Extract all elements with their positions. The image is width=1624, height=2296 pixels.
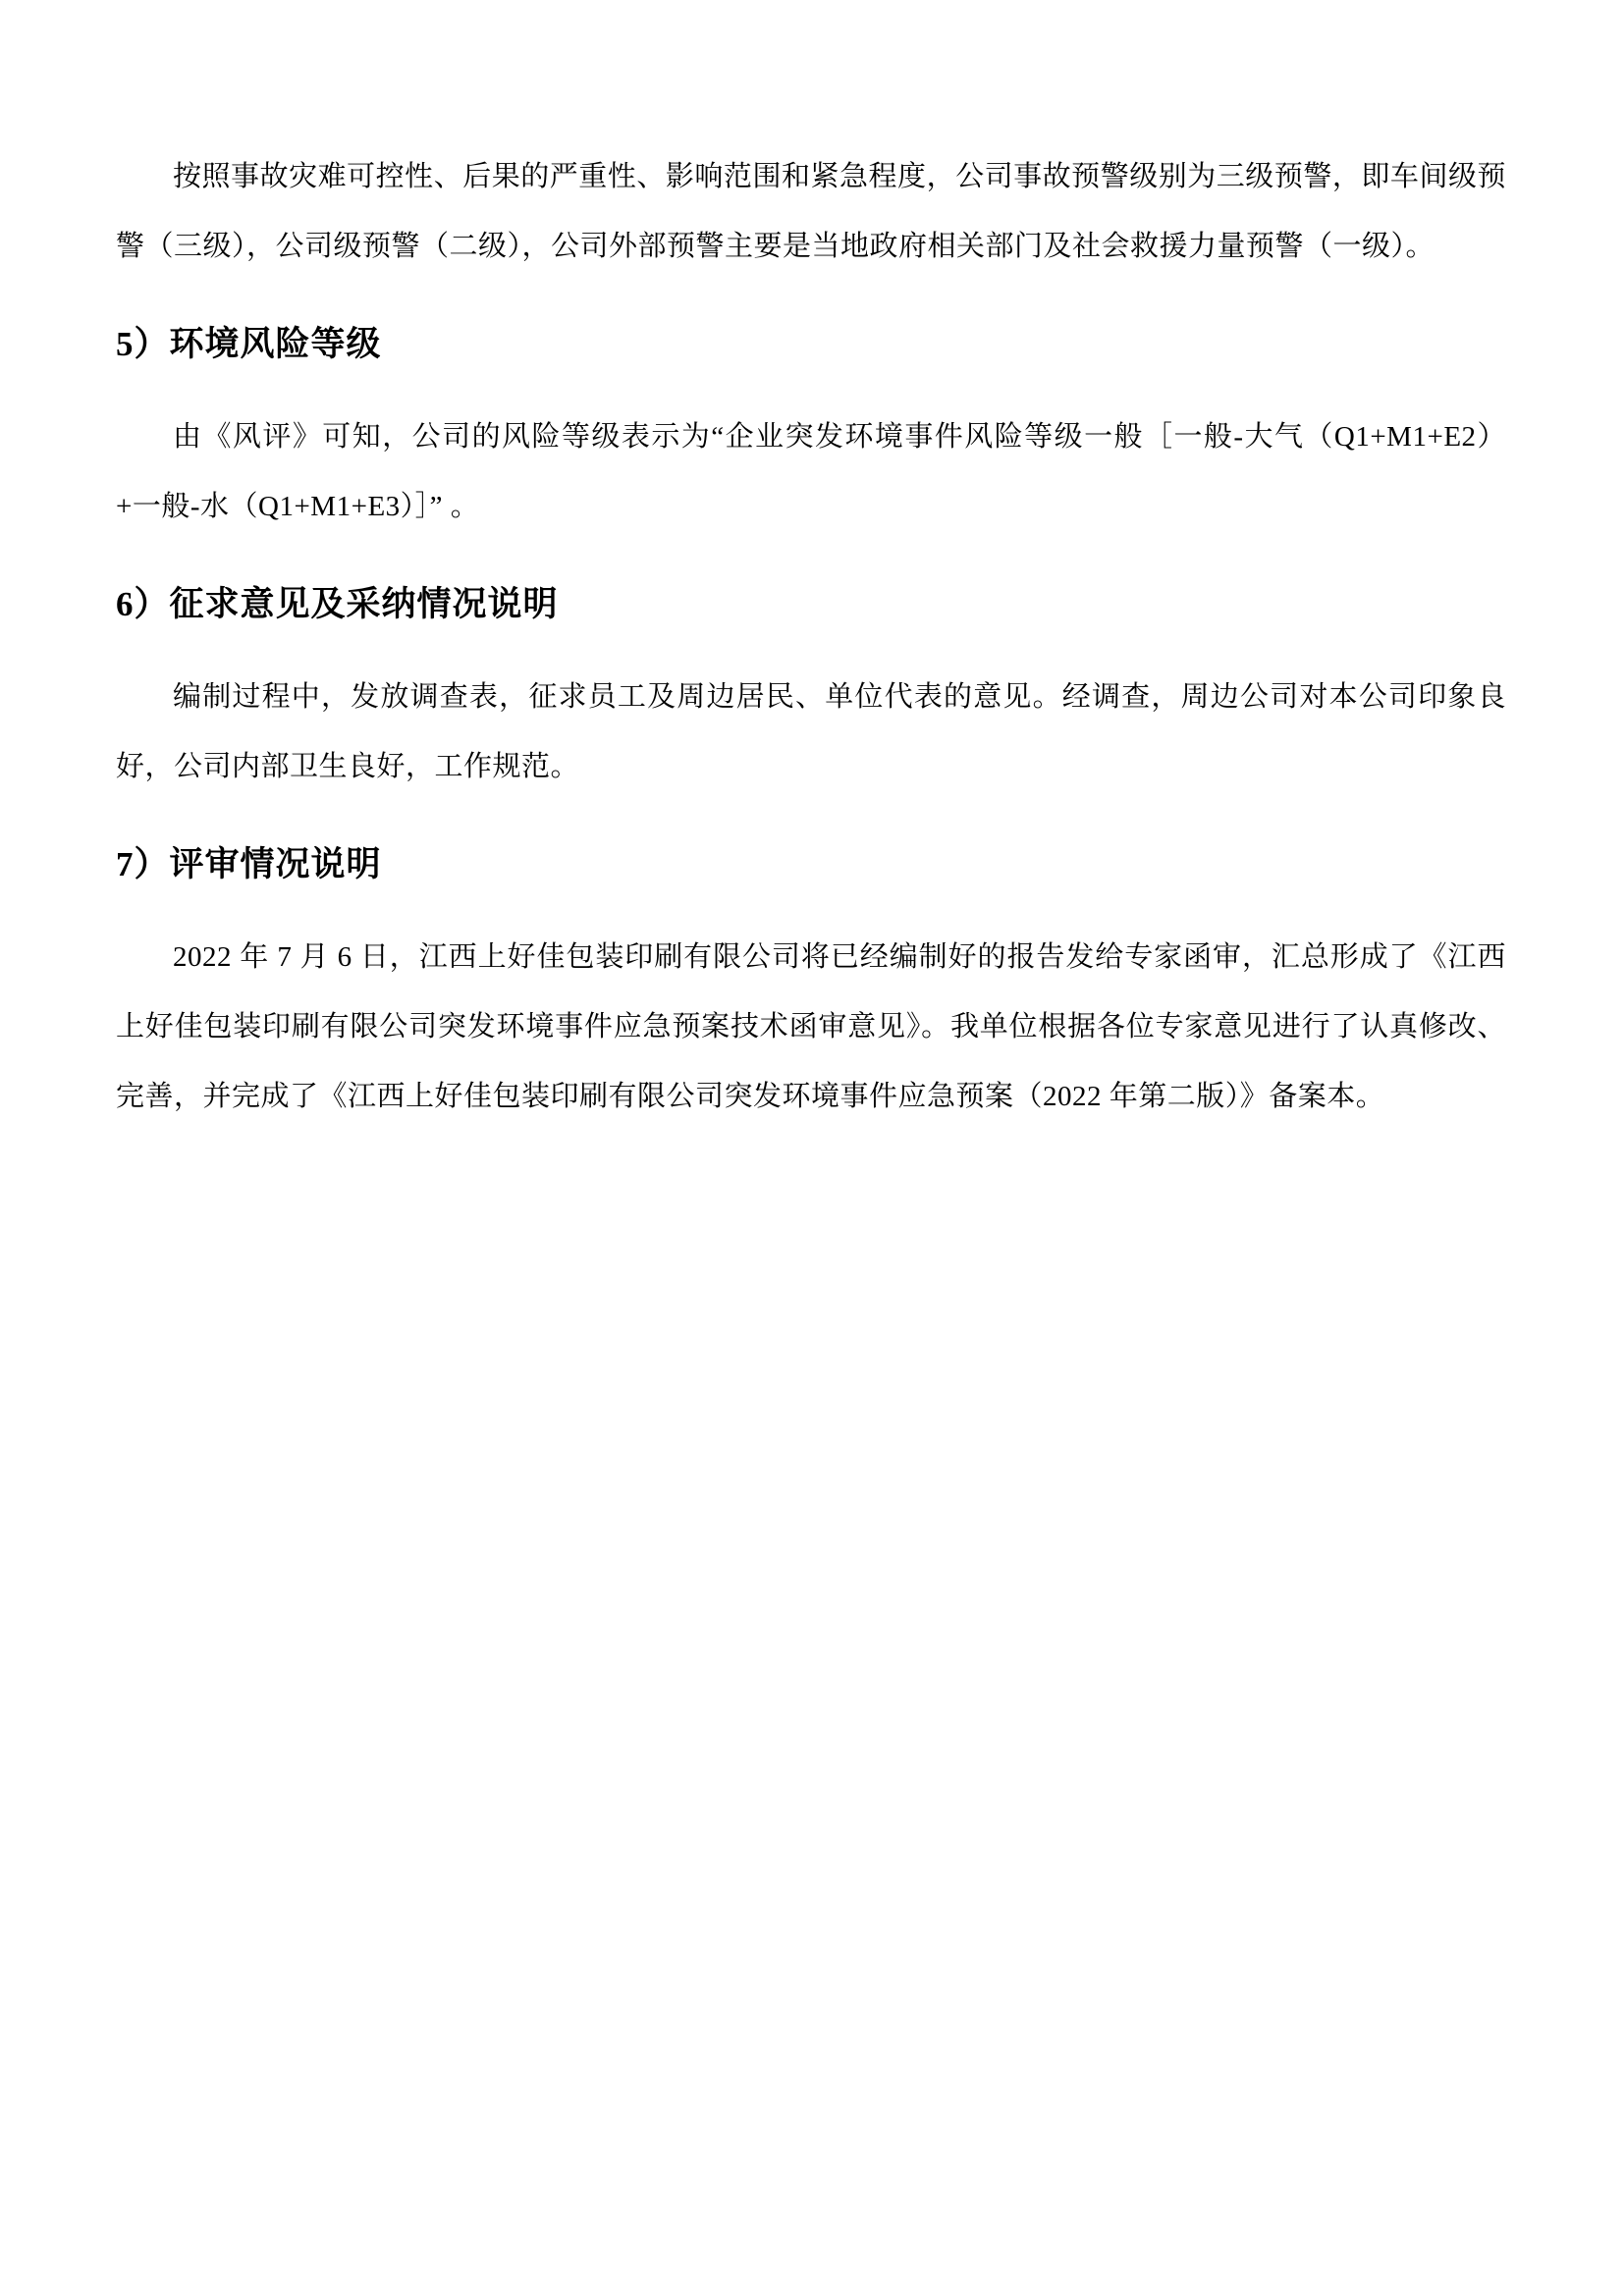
- heading-review-status: 7）评审情况说明: [116, 842, 1506, 887]
- heading-environment-risk-level: 5）环境风险等级: [116, 322, 1506, 367]
- paragraph-opinion-solicitation: 编制过程中，发放调查表，征求员工及周边居民、单位代表的意见。经调查，周边公司对本…: [116, 663, 1506, 802]
- paragraph-review-status: 2022 年 7 月 6 日，江西上好佳包装印刷有限公司将已经编制好的报告发给专…: [116, 923, 1506, 1132]
- paragraph-risk-level: 由《风评》可知，公司的风险等级表示为“企业突发环境事件风险等级一般［一般-大气（…: [116, 402, 1506, 542]
- document-page: 按照事故灾难可控性、后果的严重性、影响范围和紧急程度，公司事故预警级别为三级预警…: [0, 0, 1624, 2296]
- heading-opinion-solicitation: 6）征求意见及采纳情况说明: [116, 582, 1506, 627]
- paragraph-warning-levels: 按照事故灾难可控性、后果的严重性、影响范围和紧急程度，公司事故预警级别为三级预警…: [116, 142, 1506, 282]
